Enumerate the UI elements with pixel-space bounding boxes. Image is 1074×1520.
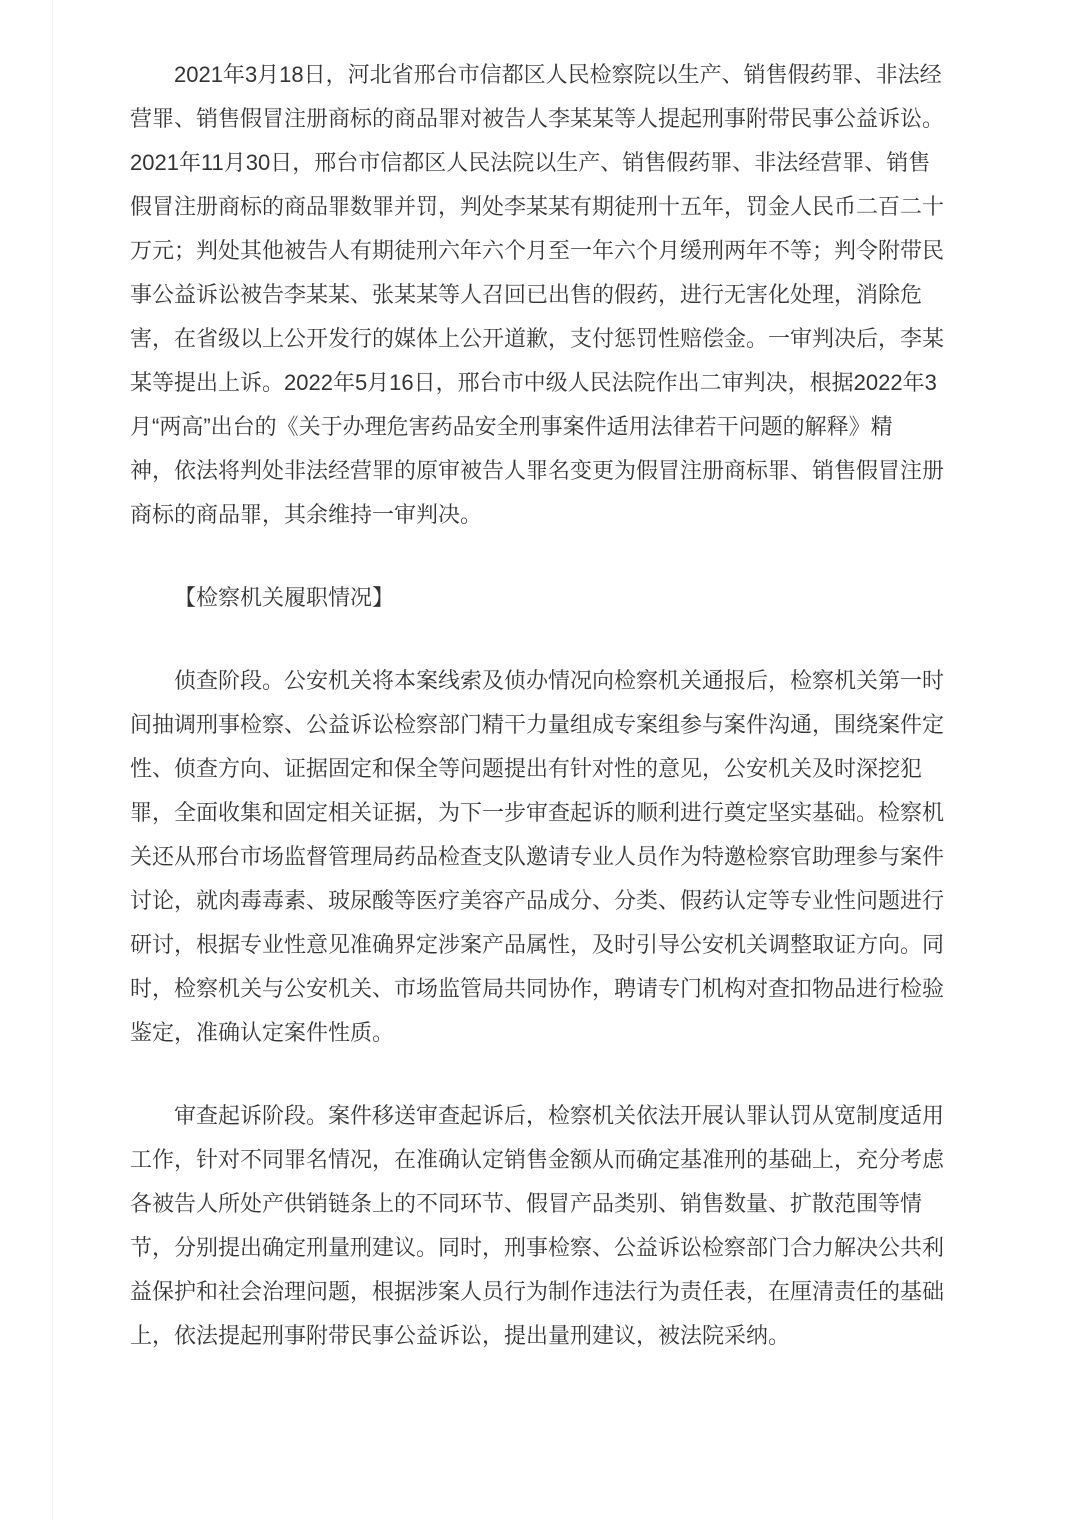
section-heading-prosecution-duty: 【检察机关履职情况】 <box>130 576 946 620</box>
paragraph-investigation-stage: 侦查阶段。公安机关将本案线索及侦办情况向检察机关通报后，检察机关第一时 间抽调刑… <box>130 659 946 1055</box>
paragraph-case-judgment: 2021年3月18日，河北省邢台市信都区人民检察院以生产、销售假药罪、非法经 营… <box>130 53 946 537</box>
document-content: 2021年3月18日，河北省邢台市信都区人民检察院以生产、销售假药罪、非法经 营… <box>130 0 946 1397</box>
content-left-border <box>52 0 53 1520</box>
document-page: 2021年3月18日，河北省邢台市信都区人民检察院以生产、销售假药罪、非法经 营… <box>0 0 1074 1520</box>
paragraph-review-prosecution-stage: 审查起诉阶段。案件移送审查起诉后，检察机关依法开展认罪认罚从宽制度适用 工作，针… <box>130 1094 946 1358</box>
